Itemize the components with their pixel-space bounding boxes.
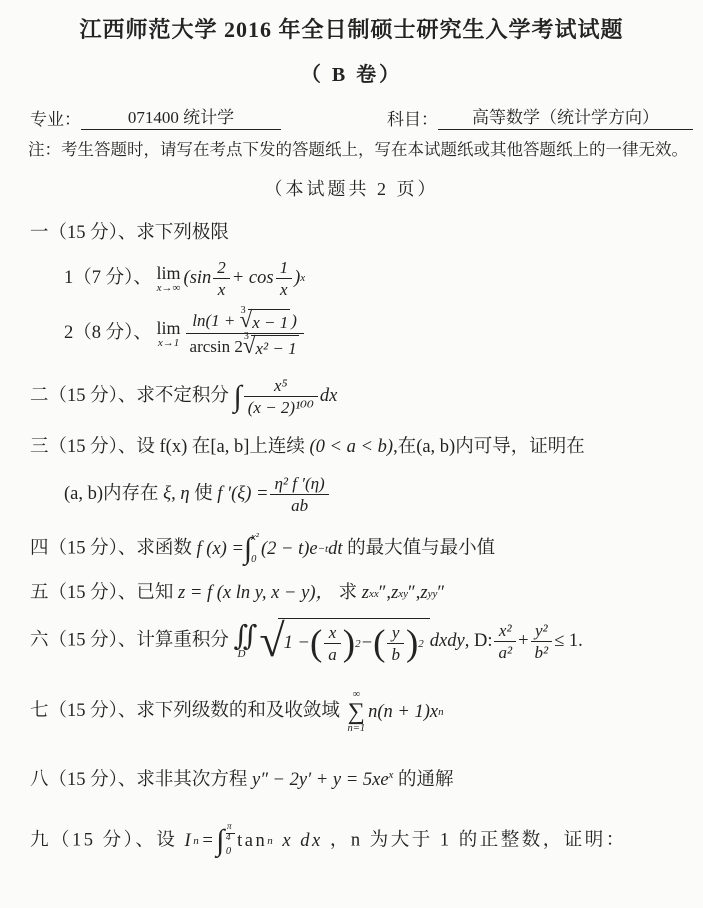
fraction-1-over-x: 1 x <box>276 258 293 299</box>
In-definition: In = ∫ π 4 0 tann x dx <box>185 823 323 859</box>
definite-integral-function: f (x) = ∫ x² 0 (2 − t)e−tdt <box>197 531 343 567</box>
upper-bound-pi-over-4: π 4 <box>226 823 235 843</box>
left-paren: ( <box>373 630 385 658</box>
upper-bound: x² <box>251 531 259 545</box>
problem-7: 七（15 分）、求下列级数的和及收敛域 ∞ ∑ n=1 n(n + 1)xn <box>30 690 703 734</box>
problem-3-line-2: (a, b)内存在 ξ, η 使 f ′(ξ) = η² f ′(η) ab <box>64 474 703 515</box>
item-2-label: 2（8 分）、 <box>64 323 152 343</box>
lim-operator: lim x→1 <box>157 319 181 349</box>
integral-with-bounds: ∫ π 4 0 <box>216 823 237 859</box>
double-integral-expression: ∬ D √ 1 − ( x a )2 − ( y b <box>234 618 583 664</box>
problem-3-line-1: 三（15 分）、设 f(x) 在[a, b]上连续 (0 < a < b),在(… <box>30 435 703 460</box>
problem-6: 六（15 分）、计算重积分 ∬ D √ 1 − ( x a )2 − ( <box>30 618 703 664</box>
lower-bound: 0 <box>226 845 235 859</box>
limit-expression-1: lim x→∞ (sin 2 x + cos 1 x )x <box>157 258 306 299</box>
subject-value: 高等数学（统计学方向） <box>438 103 693 130</box>
problem-2: 二（15 分）、求不定积分 ∫ x⁵ (x − 2)¹⁰⁰ dx <box>30 376 703 417</box>
integral-with-bounds: ∫ x² 0 <box>244 531 261 567</box>
problem-9: 九（15 分）、设 In = ∫ π 4 0 tann x dx ，n 为大于 … <box>30 823 703 859</box>
limit-expression-2: lim x→1 ln(1 + 3√x − 1) arcsin 23√x² − 1 <box>157 309 306 358</box>
item-1-label: 1（7 分）、 <box>64 268 152 288</box>
exam-paper-page: 江西师范大学 2016 年全日制硕士研究生入学考试试题 （ B 卷） 专业： 0… <box>0 0 703 908</box>
series-expression: ∞ ∑ n=1 n(n + 1)xn <box>345 690 444 734</box>
x2-over-a2: x² a² <box>494 621 516 662</box>
subject-label: 科目： <box>387 105 438 130</box>
problem-1-item-1: 1（7 分）、 lim x→∞ (sin 2 x + cos 1 x )x <box>64 258 703 299</box>
limit-fraction: ln(1 + 3√x − 1) arcsin 23√x² − 1 <box>186 309 304 358</box>
indefinite-integral: ∫ x⁵ (x − 2)¹⁰⁰ dx <box>234 376 338 417</box>
fraction-2-over-x: 2 x <box>213 258 230 299</box>
lim-operator: lim x→∞ <box>157 264 181 294</box>
integrand-fraction: x⁵ (x − 2)¹⁰⁰ <box>244 376 318 417</box>
problem-8: 八（15 分）、求非其次方程 y″ − 2y′ + y = 5xex 的通解 <box>30 768 703 793</box>
problem-5: 五（15 分）、已知 z = f (x ln y, x − y)， 求 zxx″… <box>30 581 703 606</box>
cube-root: 3√x − 1 <box>241 309 291 332</box>
mean-value-equation: f ′(ξ) = η² f ′(η) ab <box>217 474 330 515</box>
eta-fraction: η² f ′(η) ab <box>270 474 328 515</box>
integral-sign: ∫ <box>234 382 242 412</box>
cube-root: 3√x² − 1 <box>244 335 299 358</box>
major-label: 专业： <box>30 105 81 130</box>
answer-instructions-note: 注：考生答题时，请写在考点下发的答题纸上，写在本试题纸或其他答题纸上的一律无效。 <box>28 136 689 160</box>
ode-equation: y″ − 2y′ + y = 5xe <box>252 770 389 790</box>
y2-over-b2: y² b² <box>531 621 553 662</box>
x-over-a: x a <box>324 623 341 664</box>
right-paren: ) <box>406 630 418 658</box>
paper-version: （ B 卷） <box>0 58 703 87</box>
partial-derivatives-list: zxx″, zxy″, zyy″ <box>362 581 445 606</box>
left-paren: ( <box>310 630 322 658</box>
square-root: √ 1 − ( x a )2 − ( y b )2 <box>259 618 429 664</box>
problem-4: 四（15 分）、求函数 f (x) = ∫ x² 0 (2 − t)e−tdt … <box>30 531 703 567</box>
major-value: 071400 统计学 <box>81 103 281 130</box>
page-count-note: （本试题共 2 页） <box>0 175 703 201</box>
header-fields: 专业： 071400 统计学 科目： 高等数学（统计学方向） <box>30 103 693 130</box>
double-integral-sign: ∬ D <box>234 623 258 660</box>
y-over-b: y b <box>387 623 404 664</box>
problem-1-heading: 一（15 分）、求下列极限 <box>30 221 703 246</box>
right-paren: ) <box>343 630 355 658</box>
summation-sign: ∞ ∑ n=1 <box>348 690 366 734</box>
exam-title: 江西师范大学 2016 年全日制硕士研究生入学考试试题 <box>0 0 703 44</box>
lower-bound: 0 <box>251 553 259 567</box>
problem-1-item-2: 2（8 分）、 lim x→1 ln(1 + 3√x − 1) arcsin 2… <box>64 309 703 358</box>
